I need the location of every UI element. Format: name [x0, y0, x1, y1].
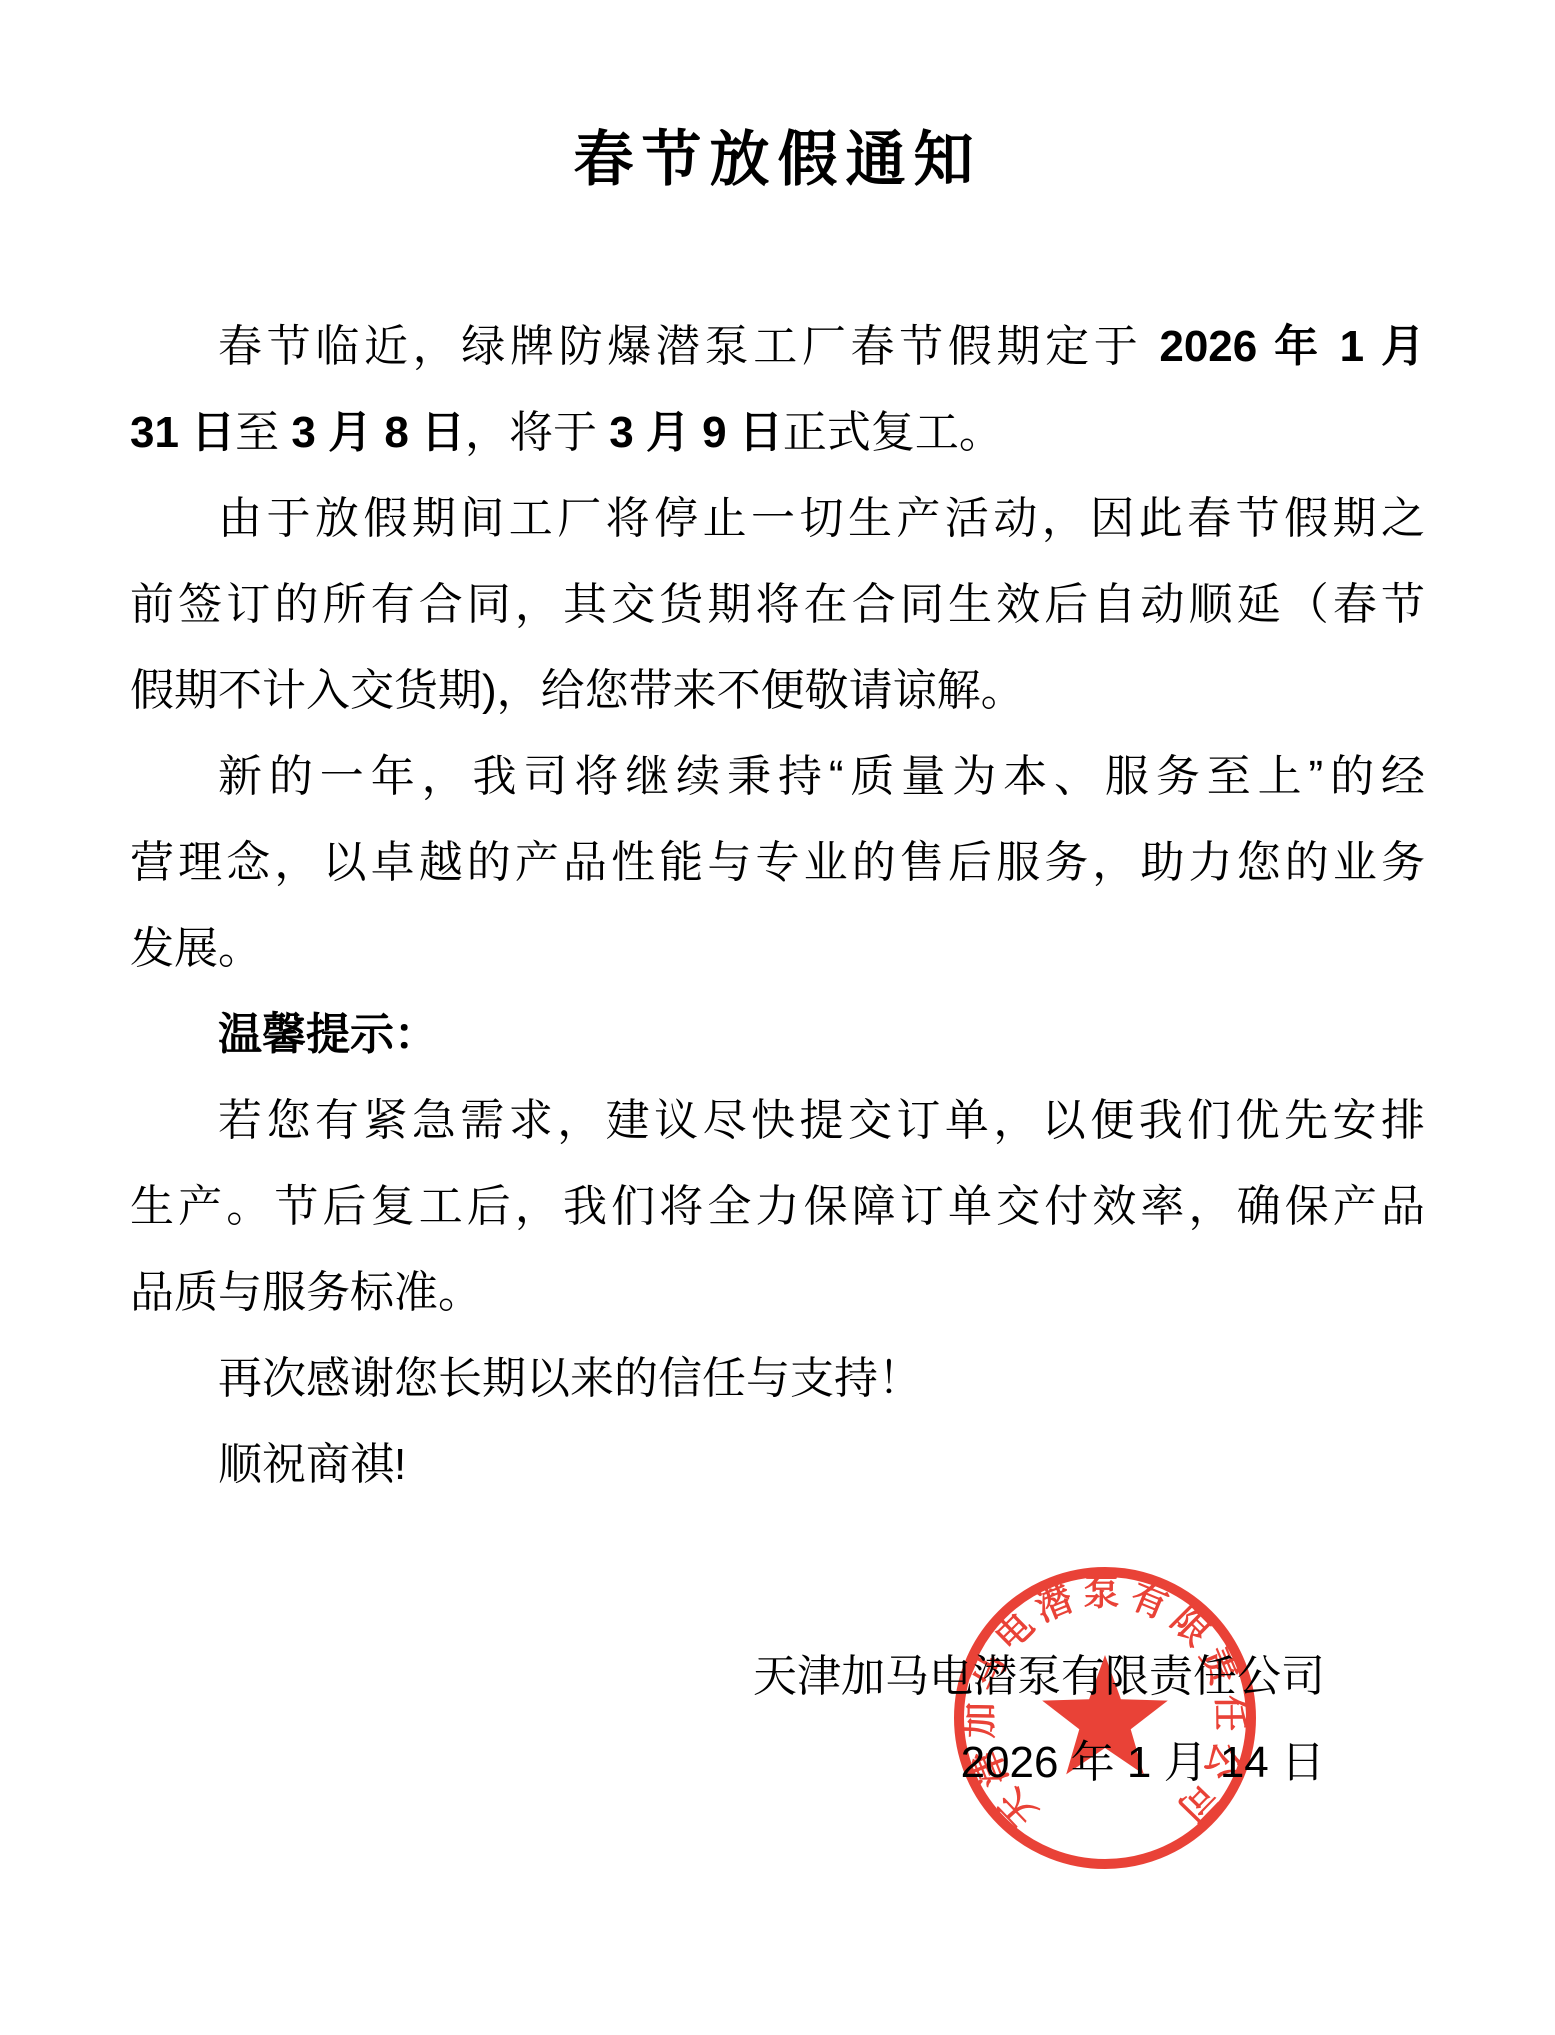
paragraph-line: 若您有紧急需求，建议尽快提交订单，以便我们优先安排: [130, 1078, 1425, 1164]
paragraph-line: 新的一年，我司将继续秉持“质量为本、服务至上”的经: [130, 734, 1425, 820]
paragraph-line: 春节临近，绿牌防爆潜泵工厂春节假期定于 2026 年 1 月: [130, 304, 1425, 390]
paragraph-line: 发展。: [130, 906, 1425, 992]
document-body: 春节临近，绿牌防爆潜泵工厂春节假期定于 2026 年 1 月31 日至 3 月 …: [130, 304, 1425, 1508]
paragraph-line: 前签订的所有合同，其交货期将在合同生效后自动顺延（春节: [130, 562, 1425, 648]
paragraph-line: 假期不计入交货期)，给您带来不便敬请谅解。: [130, 648, 1425, 734]
paragraph-line: 由于放假期间工厂将停止一切生产活动，因此春节假期之: [130, 476, 1425, 562]
page-title: 春节放假通知: [0, 0, 1555, 200]
paragraph-line: 营理念，以卓越的产品性能与专业的售后服务，助力您的业务: [130, 820, 1425, 906]
paragraph-line: 再次感谢您长期以来的信任与支持！: [130, 1336, 1425, 1422]
paragraph-line: 生产。节后复工后，我们将全力保障订单交付效率，确保产品: [130, 1164, 1425, 1250]
signature-block: 天津加马电潜泵有限责任公司 2026 年 1 月 14 日: [753, 1634, 1325, 1806]
signature-date: 2026 年 1 月 14 日: [753, 1720, 1325, 1806]
document-page: 春节放假通知 春节临近，绿牌防爆潜泵工厂春节假期定于 2026 年 1 月31 …: [0, 0, 1555, 2035]
paragraph-line: 顺祝商祺!: [130, 1422, 1425, 1508]
paragraph-line: 温馨提示：: [130, 992, 1425, 1078]
paragraph-line: 品质与服务标准。: [130, 1250, 1425, 1336]
company-name: 天津加马电潜泵有限责任公司: [753, 1634, 1325, 1720]
paragraph-line: 31 日至 3 月 8 日，将于 3 月 9 日正式复工。: [130, 390, 1425, 476]
